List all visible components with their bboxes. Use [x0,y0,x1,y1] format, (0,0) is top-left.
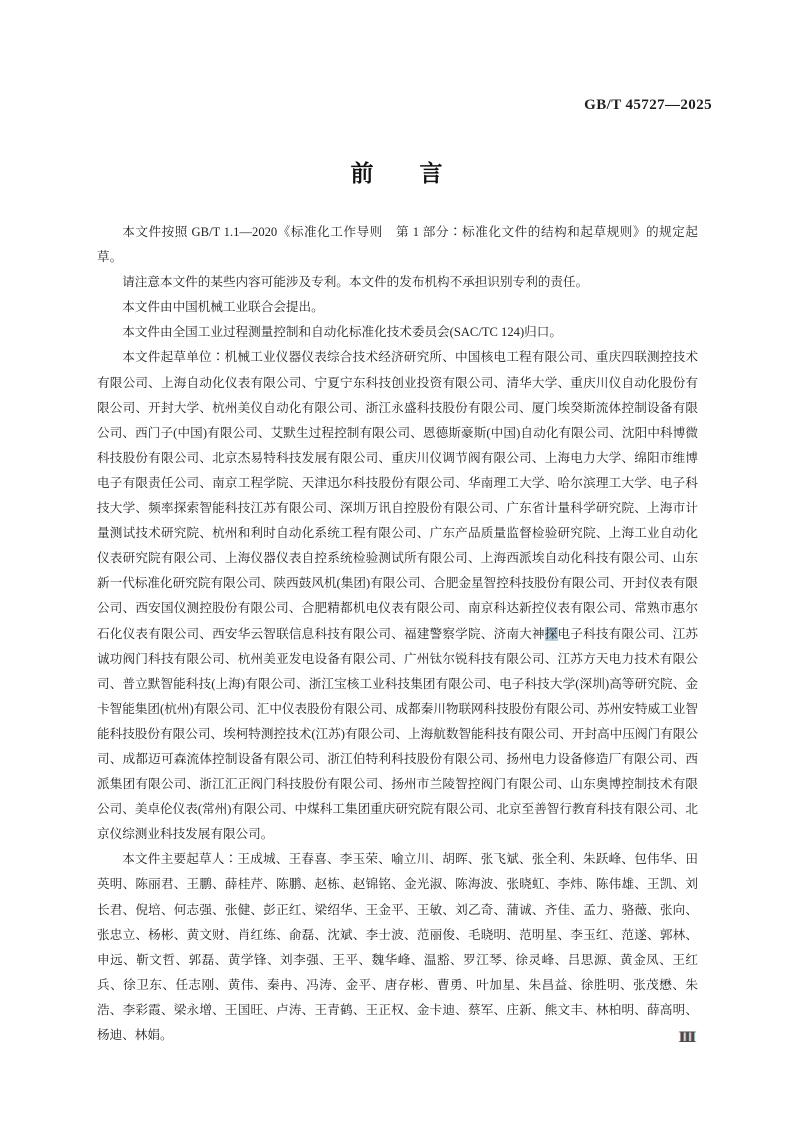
paragraph-drafting-basis: 本文件按照 GB/T 1.1—2020《标准化工作导则 第 1 部分∶标准化文件… [97,220,698,270]
page-title: 前 言 [0,155,793,188]
paragraph-centralized-by: 本文件由全国工业过程测量控制和自动化标准化技术委员会(SAC/TC 124)归口… [97,320,698,345]
paragraph-proposed-by: 本文件由中国机械工业联合会提出。 [97,295,698,320]
paragraph-chief-drafters: 本文件主要起草人∶王成城、王春喜、李玉荣、喻立川、胡晖、张飞斌、张全利、朱跃峰、… [97,847,698,1048]
paragraph-drafting-organizations: 本文件起草单位∶机械工业仪器仪表综合技术经济研究所、中国核电工程有限公司、重庆四… [97,345,698,847]
page-number: Ⅲ [679,1030,696,1047]
document-page: GB/T 45727—2025 前 言 本文件按照 GB/T 1.1—2020《… [0,0,793,1122]
standard-number: GB/T 45727—2025 [584,97,712,114]
highlight-mark: 探 [545,627,558,641]
paragraph-patent-notice: 请注意本文件的某些内容可能涉及专利。本文件的发布机构不承担识别专利的责任。 [97,270,698,295]
foreword-content: 本文件按照 GB/T 1.1—2020《标准化工作导则 第 1 部分∶标准化文件… [97,220,698,1048]
